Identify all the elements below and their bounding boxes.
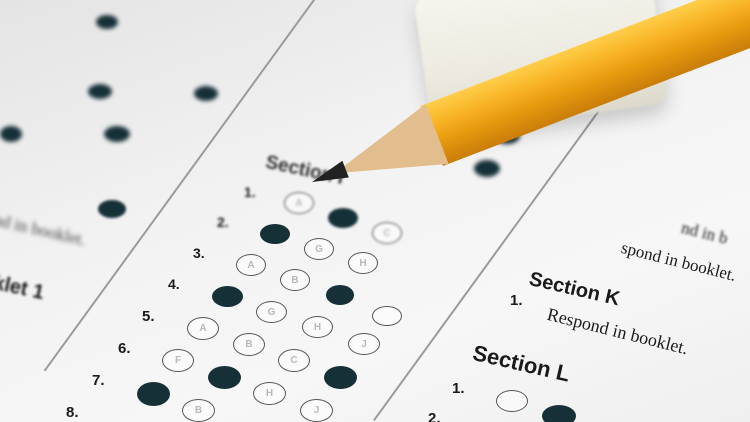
answer-bubble-filled[interactable] bbox=[474, 160, 500, 177]
answer-bubble[interactable]: J bbox=[348, 333, 380, 355]
respond-text-top2: nd in b bbox=[679, 218, 730, 249]
answer-bubble[interactable]: B bbox=[280, 269, 310, 291]
section-l-question: 2. bbox=[428, 410, 441, 422]
answer-bubble[interactable] bbox=[372, 306, 402, 326]
answer-bubble-filled[interactable] bbox=[0, 126, 22, 142]
question-number: 6. bbox=[118, 340, 131, 357]
question-number: 8. bbox=[66, 404, 79, 421]
answer-bubble-filled[interactable] bbox=[88, 84, 112, 99]
question-number: 1. bbox=[244, 184, 256, 200]
answer-bubble[interactable]: G bbox=[256, 301, 287, 323]
answer-bubble-filled[interactable] bbox=[212, 286, 243, 307]
answer-bubble-filled[interactable] bbox=[104, 126, 130, 142]
answer-bubble-filled[interactable] bbox=[96, 15, 118, 29]
answer-bubble[interactable]: A bbox=[284, 192, 314, 214]
answer-bubble[interactable]: B bbox=[182, 399, 215, 422]
answer-bubble[interactable]: C bbox=[372, 222, 402, 244]
answer-bubble[interactable]: H bbox=[348, 252, 378, 274]
question-number: 2. bbox=[217, 214, 229, 230]
answer-bubble[interactable]: B bbox=[233, 333, 265, 356]
left-respond-text: nd in booklet. bbox=[0, 210, 88, 251]
answer-bubble-filled[interactable] bbox=[324, 366, 357, 389]
question-number: 3. bbox=[193, 245, 205, 261]
section-k-title: Section K bbox=[527, 268, 622, 311]
answer-bubble-filled[interactable] bbox=[542, 405, 576, 422]
answer-bubble-filled[interactable] bbox=[328, 208, 358, 228]
answer-bubble[interactable]: G bbox=[304, 238, 334, 260]
answer-bubble[interactable]: J bbox=[300, 399, 333, 422]
answer-bubble[interactable]: C bbox=[278, 349, 310, 372]
section-l-question: 1. bbox=[452, 380, 465, 397]
section-k-respond-text: Respond in booklet. bbox=[545, 304, 690, 359]
booklet-label: klet 1 bbox=[0, 272, 46, 305]
answer-bubble[interactable]: F bbox=[162, 349, 194, 372]
question-number: 4. bbox=[168, 276, 180, 292]
answer-bubble[interactable]: H bbox=[302, 316, 333, 338]
answer-bubble[interactable]: A bbox=[236, 254, 266, 276]
answer-bubble-filled[interactable] bbox=[326, 285, 354, 305]
answer-bubble[interactable] bbox=[496, 390, 528, 412]
answer-bubble[interactable]: A bbox=[187, 317, 219, 340]
answer-bubble-filled[interactable] bbox=[260, 224, 290, 244]
section-l-title: Section L bbox=[470, 340, 572, 388]
answer-bubble-filled[interactable] bbox=[208, 366, 241, 389]
answer-bubble-filled[interactable] bbox=[194, 86, 218, 101]
question-number: 5. bbox=[142, 308, 155, 325]
answer-bubble-filled[interactable] bbox=[137, 382, 170, 406]
question-number: 7. bbox=[92, 372, 105, 389]
answer-bubble[interactable]: H bbox=[253, 382, 286, 405]
answer-bubble-filled[interactable] bbox=[98, 200, 126, 218]
section-k-question: 1. bbox=[510, 292, 523, 309]
photo-scene: nd in booklet. klet 1 Section I 1. 2. 3.… bbox=[0, 0, 750, 422]
